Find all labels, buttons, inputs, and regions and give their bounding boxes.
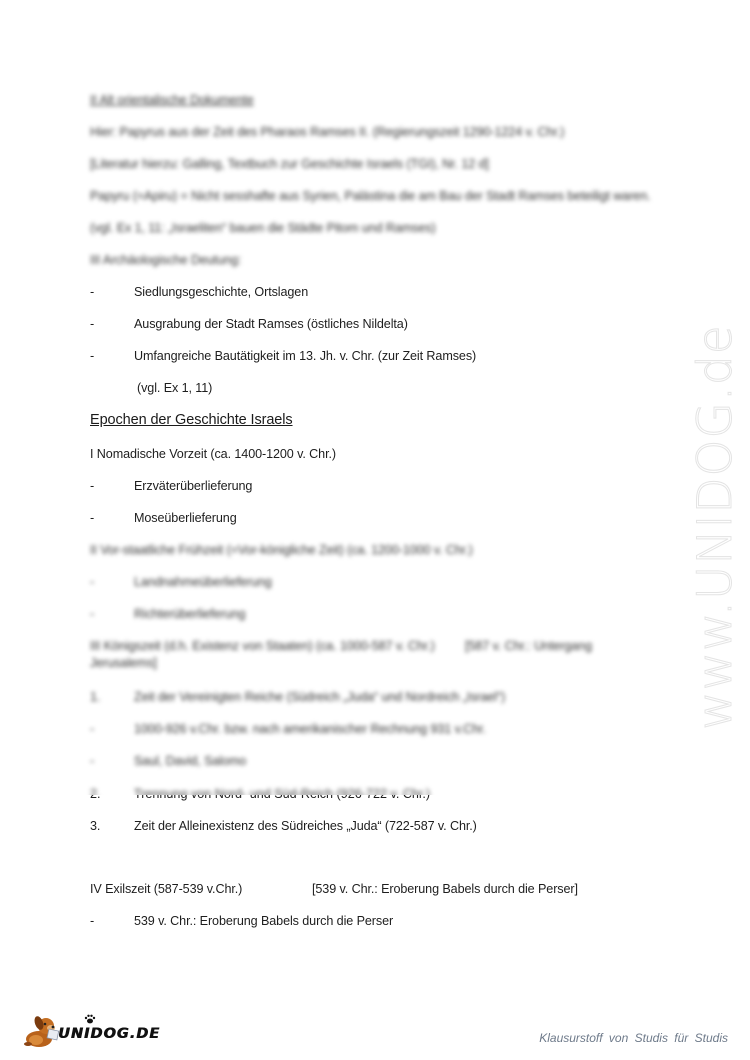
item-number: 3. xyxy=(90,818,134,834)
bullet-marker: - xyxy=(90,478,134,494)
period-title: I Nomadische Vorzeit (ca. 1400-1200 v. C… xyxy=(90,446,336,462)
section-title-archaeology: III Archäologische Deutung: xyxy=(90,252,241,268)
numbered-item: 2.Trennung von Nord- und Süd-Reich (926-… xyxy=(90,786,490,802)
item-number: 1. xyxy=(90,689,134,705)
paragraph-line: Hier: Papyrus aus der Zeit des Pharaos R… xyxy=(90,124,564,140)
list-item-text: 539 v. Chr.: Eroberung Babels durch die … xyxy=(134,914,393,928)
document-page: www.UNIDOG.de II Alt orientalische Dokum… xyxy=(0,0,750,1060)
paragraph-line: (vgl. Ex 1, 11: „Israeliten“ bauen die S… xyxy=(90,220,436,236)
list-item: -Saul, David, Salomo xyxy=(90,753,246,769)
period-title-row: IV Exilszeit (587-539 v.Chr.) [539 v. Ch… xyxy=(90,881,630,897)
period-title-row: III Königszeit (d.h. Existenz von Staate… xyxy=(90,638,610,654)
numbered-item: 3.Zeit der Alleinexistenz des Südreiches… xyxy=(90,818,477,834)
bullet-marker: - xyxy=(90,606,134,622)
list-item: -1000-926 v.Chr. bzw. nach amerikanische… xyxy=(90,721,486,737)
list-item: -539 v. Chr.: Eroberung Babels durch die… xyxy=(90,913,393,929)
list-item: -Umfangreiche Bautätigkeit im 13. Jh. v.… xyxy=(90,348,476,364)
list-item: -Erzväterüberlieferung xyxy=(90,478,252,494)
bullet-marker: - xyxy=(90,348,134,364)
bullet-marker: - xyxy=(90,574,134,590)
logo-wordmark: UNIDOG.DE xyxy=(58,1026,160,1042)
period-aside: [587 v. Chr.: Untergang xyxy=(465,638,592,654)
numbered-item: 1.Zeit der Vereinigten Reiche (Südreich … xyxy=(90,689,505,705)
dog-mascot-icon xyxy=(22,1014,62,1048)
list-item-text: 1000-926 v.Chr. bzw. nach amerikanischer… xyxy=(134,722,486,736)
reference-note: (vgl. Ex 1, 11) xyxy=(137,380,212,396)
bullet-marker: - xyxy=(90,753,134,769)
list-item-text: Saul, David, Salomo xyxy=(134,754,246,768)
list-item-text: Erzväterüberlieferung xyxy=(134,479,252,493)
paragraph-line: [Literatur hierzu: Galling, Textbuch zur… xyxy=(90,156,489,172)
bullet-marker: - xyxy=(90,284,134,300)
list-item-text: Moseüberlieferung xyxy=(134,511,237,525)
period-title: II Vor-staatliche Frühzeit (=Vor-königli… xyxy=(90,542,473,558)
watermark: www.UNIDOG.de xyxy=(688,324,743,730)
list-item-text: Siedlungsgeschichte, Ortslagen xyxy=(134,285,308,299)
list-item: -Siedlungsgeschichte, Ortslagen xyxy=(90,284,308,300)
bullet-marker: - xyxy=(90,913,134,929)
list-item-text: Umfangreiche Bautätigkeit im 13. Jh. v. … xyxy=(134,349,476,363)
list-item-text: Ausgrabung der Stadt Ramses (östliches N… xyxy=(134,317,408,331)
list-item-text: Zeit der Alleinexistenz des Südreiches „… xyxy=(134,819,477,833)
section-heading-epochs: Epochen der Geschichte Israels xyxy=(90,412,293,428)
bullet-marker: - xyxy=(90,316,134,332)
list-item-text: Zeit der Vereinigten Reiche (Südreich „J… xyxy=(134,690,505,704)
paw-print-icon xyxy=(84,1014,96,1024)
section-title-old-documents: II Alt orientalische Dokumente xyxy=(90,92,254,108)
list-item: -Ausgrabung der Stadt Ramses (östliches … xyxy=(90,316,408,332)
period-aside: [539 v. Chr.: Eroberung Babels durch die… xyxy=(312,881,578,897)
unidog-logo[interactable]: UNIDOG.DE xyxy=(22,1012,162,1052)
bullet-marker: - xyxy=(90,510,134,526)
bullet-marker: - xyxy=(90,721,134,737)
list-item-text: Landnahmeüberlieferung xyxy=(134,575,272,589)
list-item: -Richterüberlieferung xyxy=(90,606,245,622)
period-aside-continued: Jerusalems] xyxy=(90,655,157,671)
period-title: III Königszeit (d.h. Existenz von Staate… xyxy=(90,639,435,653)
list-item: -Landnahmeüberlieferung xyxy=(90,574,272,590)
period-title: IV Exilszeit (587-539 v.Chr.) xyxy=(90,882,242,896)
footer-tagline: Klausurstoff von Studis für Studis xyxy=(539,1031,728,1045)
paragraph-line: Papyru (=Apiru) = Nicht sesshafte aus Sy… xyxy=(90,188,651,204)
list-item-text: Richterüberlieferung xyxy=(134,607,245,621)
list-item: -Moseüberlieferung xyxy=(90,510,237,526)
